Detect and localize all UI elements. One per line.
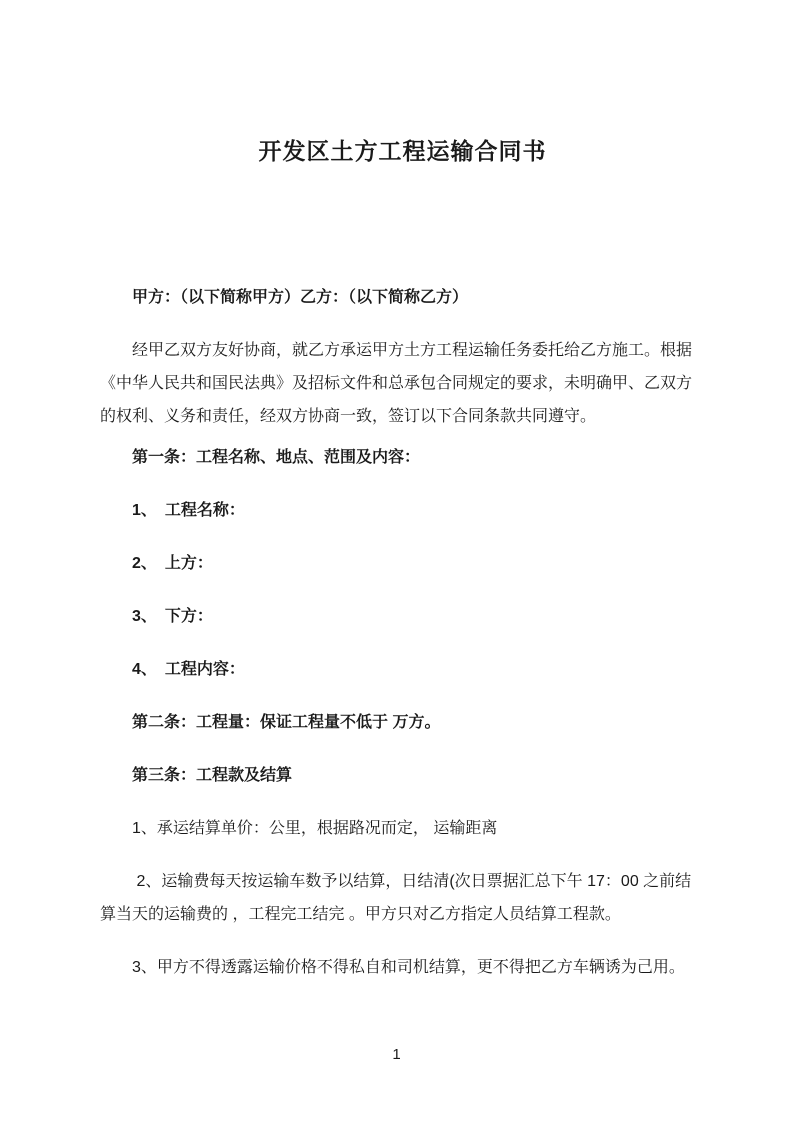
clause-1-heading: 第一条：工程名称、地点、范围及内容： xyxy=(100,441,705,474)
clause-3-heading: 第三条：工程款及结算 xyxy=(100,759,705,792)
document-title: 开发区土方工程运输合同书 xyxy=(100,135,705,168)
item-1-project-name: 1、 工程名称： xyxy=(100,494,705,527)
item-4-project-content: 4、 工程内容： xyxy=(100,653,705,686)
clause-3-item-1: 1、承运结算单价：公里，根据路况而定， 运输距离 xyxy=(100,812,705,845)
party-line: 甲方：（以下简称甲方）乙方：（以下简称乙方） xyxy=(100,281,705,314)
intro-paragraph: 经甲乙双方友好协商，就乙方承运甲方土方工程运输任务委托给乙方施工。根据《中华人民… xyxy=(100,334,705,433)
document-page: 开发区土方工程运输合同书 甲方：（以下简称甲方）乙方：（以下简称乙方） 经甲乙双… xyxy=(0,0,793,1122)
item-2-upper: 2、 上方： xyxy=(100,547,705,580)
clause-2-heading: 第二条：工程量：保证工程量不低于 万方。 xyxy=(100,706,705,739)
page-number: 1 xyxy=(0,1047,793,1063)
clause-3-item-3: 3、甲方不得透露运输价格不得私自和司机结算，更不得把乙方车辆诱为己用。 xyxy=(100,951,705,984)
item-3-lower: 3、 下方： xyxy=(100,600,705,633)
clause-3-item-2: 2、运输费每天按运输车数予以结算，日结清(次日票据汇总下午 17：00 之前结算… xyxy=(100,865,705,931)
